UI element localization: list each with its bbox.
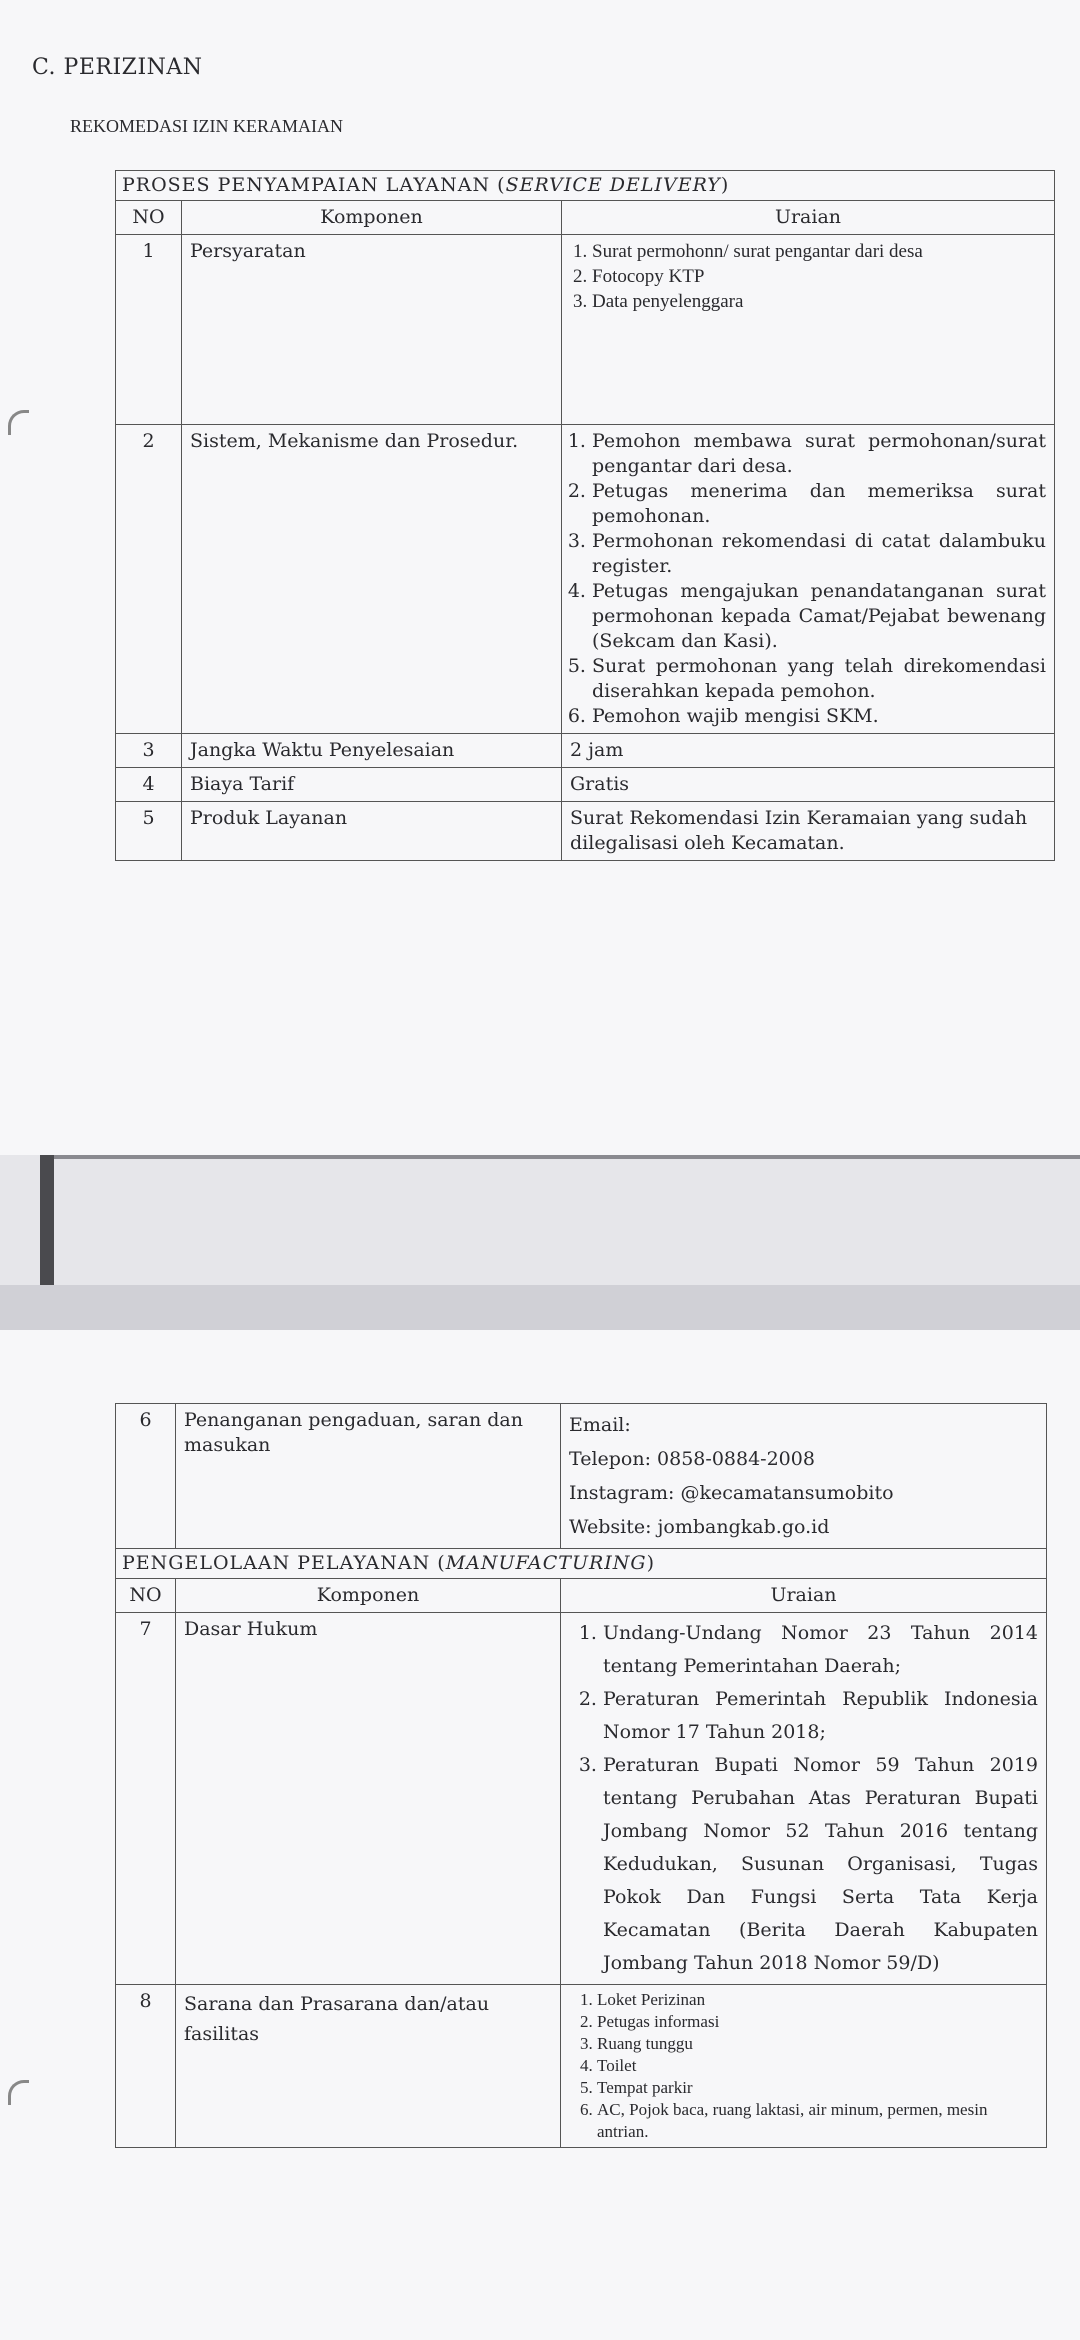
list-item: Ruang tunggu xyxy=(597,2033,1038,2055)
col-komponen: Komponen xyxy=(182,201,562,235)
row-komponen: Biaya Tarif xyxy=(182,768,562,802)
row-no: 6 xyxy=(116,1404,176,1549)
table-row: 2 Sistem, Mekanisme dan Prosedur. Pemoho… xyxy=(116,425,1055,734)
website-link: Website: jombangkab.go.id xyxy=(569,1510,1038,1544)
col-uraian: Uraian xyxy=(561,1579,1047,1613)
row-komponen: Persyaratan xyxy=(182,235,562,425)
section-title: PENGELOLAAN PELAYANAN ( xyxy=(122,1552,446,1574)
list-item: Permohonan rekomendasi di catat dalambuk… xyxy=(592,529,1046,579)
list-item: Surat permohonn/ surat pengantar dari de… xyxy=(592,239,1046,264)
instagram-handle: Instagram: @kecamatansumobito xyxy=(569,1476,1038,1510)
list-item: Peraturan Bupati Nomor 59 Tahun 2019 ten… xyxy=(603,1749,1038,1980)
page-separator-shadow xyxy=(0,1285,1080,1330)
col-no: NO xyxy=(116,1579,176,1613)
table-row: 4 Biaya Tarif Gratis xyxy=(116,768,1055,802)
list-item: Data penyelenggara xyxy=(592,289,1046,314)
list-item: Peraturan Pemerintah Republik Indonesia … xyxy=(603,1683,1038,1749)
list-item: Pemohon membawa surat permohonan/surat p… xyxy=(592,429,1046,479)
list-item: Pemohon wajib mengisi SKM. xyxy=(592,704,1046,729)
row-no: 7 xyxy=(116,1613,176,1985)
section-title-italic: MANUFACTURING xyxy=(446,1552,647,1574)
list-item: Toilet xyxy=(597,2055,1038,2077)
list-item: Surat permohonan yang telah direkomendas… xyxy=(592,654,1046,704)
row-no: 4 xyxy=(116,768,182,802)
email-label: Email: xyxy=(569,1408,1038,1442)
table-row: 1 Persyaratan Surat permohonn/ surat pen… xyxy=(116,235,1055,425)
section-title-row: PROSES PENYAMPAIAN LAYANAN (SERVICE DELI… xyxy=(116,171,1055,201)
section-title-italic: SERVICE DELIVERY xyxy=(506,174,721,196)
table-row: 8 Sarana dan Prasarana dan/atau fasilita… xyxy=(116,1985,1047,2148)
binder-edge xyxy=(40,1155,54,1285)
list-item: Undang-Undang Nomor 23 Tahun 2014 tentan… xyxy=(603,1617,1038,1683)
row-no: 5 xyxy=(116,802,182,861)
page-separator xyxy=(0,1155,1080,1285)
service-delivery-table: PROSES PENYAMPAIAN LAYANAN (SERVICE DELI… xyxy=(115,170,1055,861)
row-uraian: 2 jam xyxy=(562,734,1055,768)
row-komponen: Jangka Waktu Penyelesaian xyxy=(182,734,562,768)
row-no: 2 xyxy=(116,425,182,734)
page-edge-line xyxy=(54,1155,1080,1159)
table-row: 5 Produk Layanan Surat Rekomendasi Izin … xyxy=(116,802,1055,861)
row-uraian: Gratis xyxy=(562,768,1055,802)
list-item: Loket Perizinan xyxy=(597,1989,1038,2011)
section-heading: C. PERIZINAN xyxy=(32,55,203,80)
list-item: Tempat parkir xyxy=(597,2077,1038,2099)
list-item: Petugas mengajukan penandatanganan surat… xyxy=(592,579,1046,654)
table-header: NO Komponen Uraian xyxy=(116,201,1055,235)
list-item: Petugas informasi xyxy=(597,2011,1038,2033)
row-no: 8 xyxy=(116,1985,176,2148)
row-komponen: Penanganan pengaduan, saran dan masukan xyxy=(176,1404,561,1549)
section-title: PROSES PENYAMPAIAN LAYANAN ( xyxy=(122,174,506,196)
row-komponen: Sistem, Mekanisme dan Prosedur. xyxy=(182,425,562,734)
col-uraian: Uraian xyxy=(562,201,1055,235)
list-item: AC, Pojok baca, ruang laktasi, air minum… xyxy=(597,2099,1038,2143)
col-no: NO xyxy=(116,201,182,235)
table-row: 6 Penanganan pengaduan, saran dan masuka… xyxy=(116,1404,1047,1549)
service-title: REKOMEDASI IZIN KERAMAIAN xyxy=(70,116,343,137)
section-title-suffix: ) xyxy=(721,174,729,196)
table-header: NO Komponen Uraian xyxy=(116,1579,1047,1613)
row-no: 3 xyxy=(116,734,182,768)
phone-number: Telepon: 0858-0884-2008 xyxy=(569,1442,1038,1476)
col-komponen: Komponen xyxy=(176,1579,561,1613)
row-komponen: Dasar Hukum xyxy=(176,1613,561,1985)
section-title-suffix: ) xyxy=(647,1552,655,1574)
table-row: 3 Jangka Waktu Penyelesaian 2 jam xyxy=(116,734,1055,768)
row-komponen: Sarana dan Prasarana dan/atau fasilitas xyxy=(176,1985,561,2148)
section-title-row: PENGELOLAAN PELAYANAN (MANUFACTURING) xyxy=(116,1549,1047,1579)
manufacturing-table: 6 Penanganan pengaduan, saran dan masuka… xyxy=(115,1403,1047,2148)
row-komponen: Produk Layanan xyxy=(182,802,562,861)
table-row: 7 Dasar Hukum Undang-Undang Nomor 23 Tah… xyxy=(116,1613,1047,1985)
row-no: 1 xyxy=(116,235,182,425)
list-item: Fotocopy KTP xyxy=(592,264,1046,289)
row-uraian: Surat Rekomendasi Izin Keramaian yang su… xyxy=(562,802,1055,861)
list-item: Petugas menerima dan memeriksa surat pem… xyxy=(592,479,1046,529)
